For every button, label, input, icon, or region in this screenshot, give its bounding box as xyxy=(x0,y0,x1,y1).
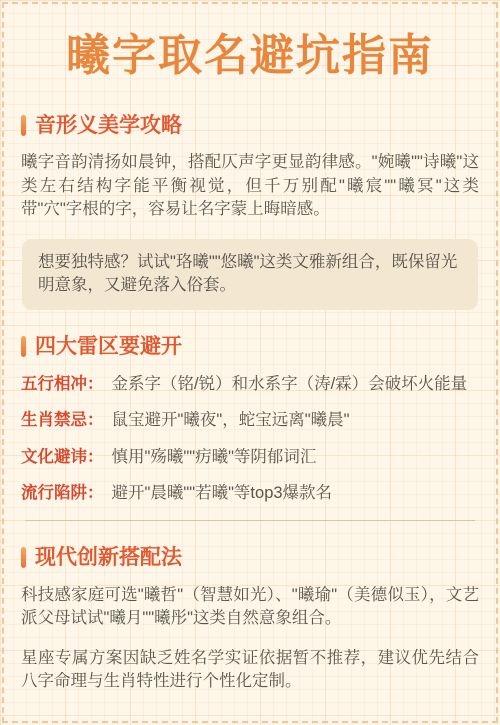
pitfall-text: 慎用"殇曦""疠曦"等阴郁词汇 xyxy=(112,448,317,466)
section-heading-label: 音形义美学攻略 xyxy=(35,113,182,138)
heading-bar-icon xyxy=(21,336,26,357)
pitfall-list: 五行相冲：金系字（铭/锐）和水系字（涛/霖）会破坏火能量 生肖禁忌：鼠宝避开"曦… xyxy=(21,373,479,506)
pitfall-text: 金系字（铭/锐）和水系字（涛/霖）会破坏火能量 xyxy=(112,375,468,393)
modern-paragraph-1: 科技感家庭可选"曦哲"（智慧如光）、"曦瑜"（美德似玉），文艺派父母试试"曦月"… xyxy=(21,584,479,631)
infographic-page: 曦字取名避坑指南 音形义美学攻略 曦字音韵清扬如晨钟，搭配仄声字更显韵律感。"婉… xyxy=(0,0,500,725)
section-heading-label: 现代创新搭配法 xyxy=(35,545,182,570)
section-pitfalls: 四大雷区要避开 五行相冲：金系字（铭/锐）和水系字（涛/霖）会破坏火能量 生肖禁… xyxy=(0,334,500,506)
pitfall-label: 流行陷阱： xyxy=(21,484,104,502)
section-heading-aesthetics: 音形义美学攻略 xyxy=(21,113,479,138)
heading-bar-icon xyxy=(21,547,26,568)
modern-paragraph-2: 星座专属方案因缺乏姓名学实证依据暂不推荐，建议优先结合八字命理与生肖特性进行个性… xyxy=(21,647,479,694)
section-heading-modern: 现代创新搭配法 xyxy=(21,545,479,570)
section-heading-label: 四大雷区要避开 xyxy=(35,334,182,359)
pitfall-label: 生肖禁忌： xyxy=(21,411,104,429)
pitfall-row-zodiac: 生肖禁忌：鼠宝避开"曦夜"，蛇宝远离"曦晨" xyxy=(21,409,479,433)
pitfall-label: 五行相冲： xyxy=(21,375,104,393)
page-title: 曦字取名避坑指南 xyxy=(0,28,500,83)
section-divider xyxy=(25,520,475,521)
tip-text: 想要独特感？试试"珞曦""悠曦"这类文雅新组合，既保留光明意象，又避免落入俗套。 xyxy=(38,251,462,298)
pitfall-row-wuxing: 五行相冲：金系字（铭/锐）和水系字（涛/霖）会破坏火能量 xyxy=(21,373,479,397)
pitfall-label: 文化避讳： xyxy=(21,448,104,466)
pitfall-row-culture: 文化避讳：慎用"殇曦""疠曦"等阴郁词汇 xyxy=(21,446,479,470)
section-aesthetics: 音形义美学攻略 曦字音韵清扬如晨钟，搭配仄声字更显韵律感。"婉曦""诗曦"这类左… xyxy=(0,113,500,310)
tip-box: 想要独特感？试试"珞曦""悠曦"这类文雅新组合，既保留光明意象，又避免落入俗套。 xyxy=(22,239,478,310)
pitfall-row-trend: 流行陷阱：避开"晨曦""若曦"等top3爆款名 xyxy=(21,482,479,506)
section-modern-pairing: 现代创新搭配法 科技感家庭可选"曦哲"（智慧如光）、"曦瑜"（美德似玉），文艺派… xyxy=(0,545,500,694)
section-heading-pitfalls: 四大雷区要避开 xyxy=(21,334,479,359)
pitfall-text: 避开"晨曦""若曦"等top3爆款名 xyxy=(112,484,333,502)
aesthetics-paragraph: 曦字音韵清扬如晨钟，搭配仄声字更显韵律感。"婉曦""诗曦"这类左右结构字能平衡视… xyxy=(21,151,479,222)
heading-bar-icon xyxy=(21,115,26,136)
pitfall-text: 鼠宝避开"曦夜"，蛇宝远离"曦晨" xyxy=(112,411,350,429)
